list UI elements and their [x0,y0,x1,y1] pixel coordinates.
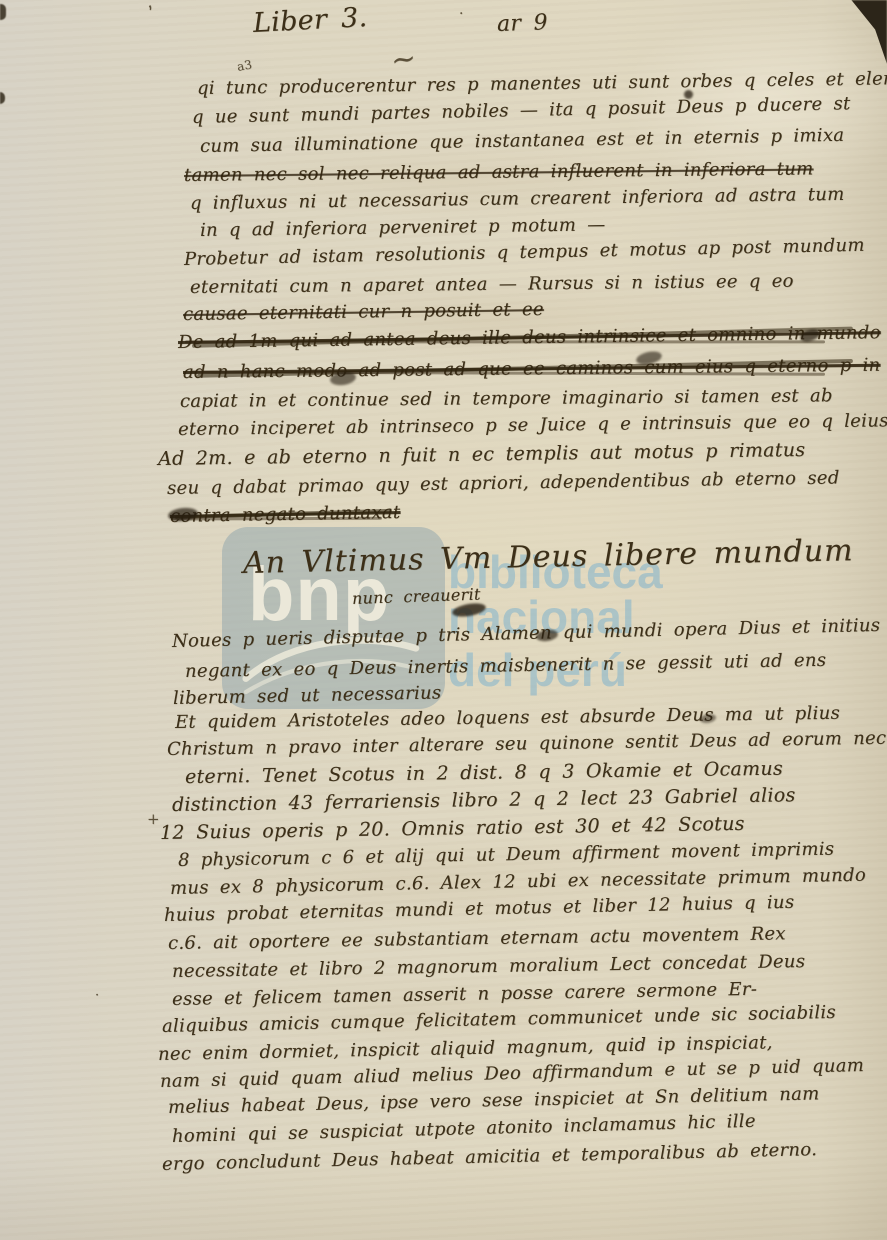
manuscript-line: Christum n pravo inter alterare seu quin… [167,727,887,760]
edge-ink-mark [0,4,6,20]
section-heading: An Vltimus Vm Deus libere mundum [243,533,854,581]
manuscript-line: eterno inciperet ab intrinseco p se Juic… [178,410,887,440]
manuscript-line: capiat in et continue sed in tempore ima… [180,385,833,412]
manuscript-line: cum sua illuminatione que instantanea es… [200,125,845,157]
manuscript-line: Noues p ueris disputae p tris Alamen qui… [172,615,881,652]
manuscript-line: q ue sunt mundi partes nobiles — ita q p… [192,93,851,128]
manuscript-line: negant ex eo q Deus inertis maisbenerit … [185,650,827,682]
manuscript-page: bnp biblioteca nacional del perú Liber 3… [0,0,887,1240]
manuscript-line: seu q dabat primao quy est apriori, adep… [167,467,840,499]
manuscript-line: c.6. ait oportere ee substantiam eternam… [168,923,786,954]
manuscript-line: De ad 1m qui ad antea deus ille deus int… [178,322,881,353]
handwriting-layer: Liber 3. ar 9 An Vltimus Vm Deus libere … [0,0,887,1240]
manuscript-line: causae eternitati cur n posuit et ee [183,299,544,325]
manuscript-line: Et quidem Aristoteles adeo loquens est a… [175,703,840,733]
manuscript-line: liberum sed ut necessarius [173,682,442,709]
manuscript-line: in q ad inferiora perveniret p motum — [200,214,606,241]
margin-mark: ~ [389,41,419,79]
manuscript-line: eternitati cum n aparet antea — Rursus s… [190,271,794,298]
manuscript-line: tamen nec sol nec reliqua ad astra influ… [184,158,814,186]
folio-label: ar 9 [497,10,549,37]
book-label: Liber 3. [252,2,368,39]
manuscript-line: Ad 2m. e ab eterno n fuit n ec templis a… [158,439,806,470]
manuscript-line: ad n hanc modo ad post ad que ee caminos… [183,355,881,383]
margin-mark: + [147,810,160,828]
margin-mark: , [139,0,156,13]
ink-blot [684,90,693,99]
margin-mark: a3 [236,57,254,73]
manuscript-line: eterni. Tenet Scotus in 2 dist. 8 q 3 Ok… [185,758,783,788]
margin-mark: · [459,6,464,22]
manuscript-line: Probetur ad istam resolutionis q tempus … [184,235,865,270]
manuscript-line: distinction 43 ferrariensis libro 2 q 2 … [172,784,796,816]
manuscript-line: contra negato duntaxat [170,502,401,527]
margin-mark: · [95,988,99,1003]
manuscript-line: necessitate et libro 2 magnorum moralium… [172,951,806,982]
manuscript-line: 12 Suius operis p 20. Omnis ratio est 30… [160,813,745,844]
manuscript-line: q influxus ni ut necessarius cum crearen… [190,184,845,214]
